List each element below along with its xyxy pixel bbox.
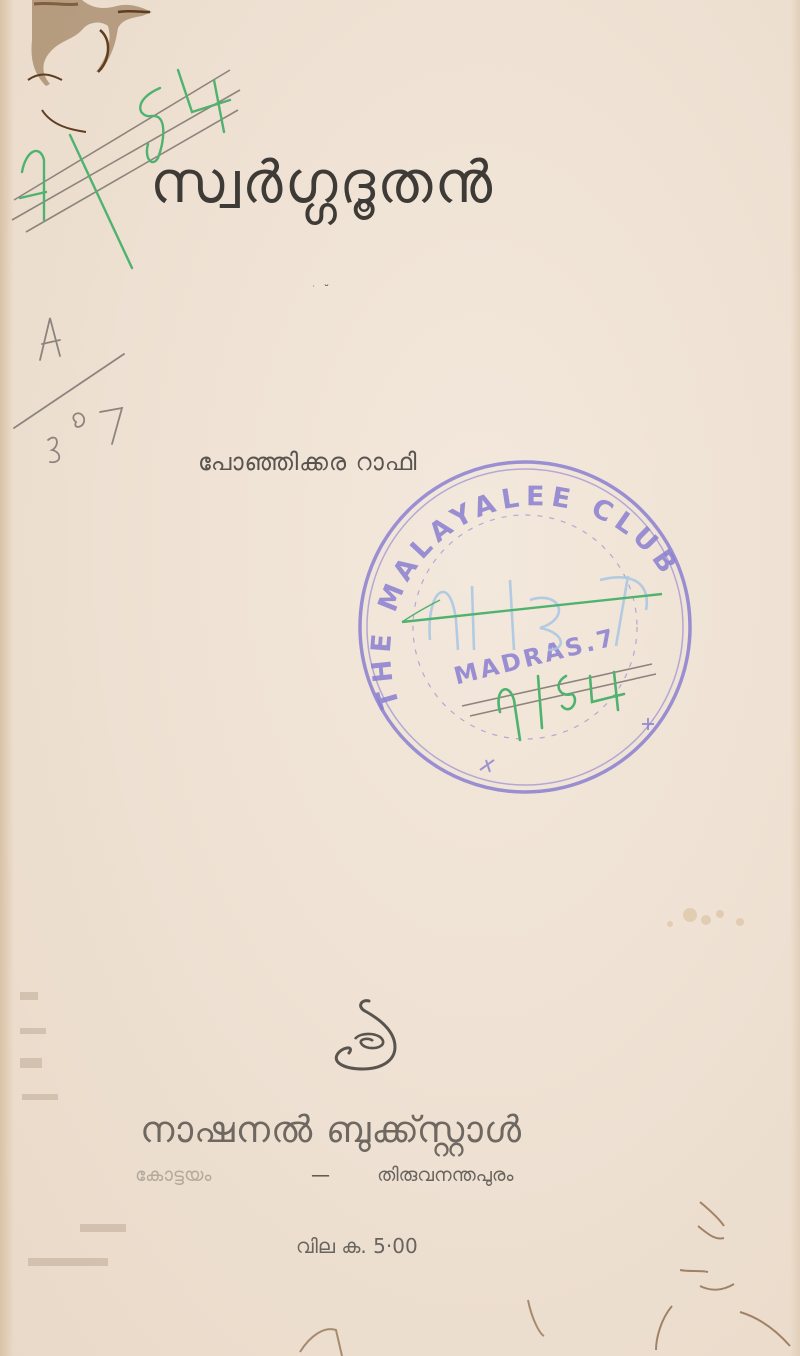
stamp-center-text: MADRAS.7 — [451, 623, 619, 690]
print-specks: ׂ ˘ — [312, 283, 329, 297]
book-title: സ്വർഗ്ഗദൂതൻ — [150, 148, 550, 217]
city-kottayam: കോട്ടയം — [135, 1164, 305, 1186]
paper-damage-bottom — [300, 1300, 544, 1356]
svg-text:THE MALAYALEE CLUB: THE MALAYALEE CLUB — [366, 481, 686, 712]
book-title-page: സ്വർഗ്ഗദൂതൻ ׂ ˘ പോഞ്ഞിക്കര റാഫി — [0, 0, 800, 1356]
page-edge-shadow-left — [0, 0, 14, 1356]
pencil-accession-mark — [14, 318, 124, 462]
city-separator: — — [311, 1164, 371, 1186]
publisher-name: നാഷനൽ ബുക്ക്സ്റ്റാൾ — [140, 1108, 522, 1152]
publisher-cities: കോട്ടയം — തിരുവനന്തപുരം — [135, 1164, 635, 1186]
paper-damage-bottom-right — [656, 1202, 790, 1350]
page-edge-shadow-right — [790, 0, 800, 1356]
sri-emblem-icon — [325, 995, 415, 1075]
book-author: പോഞ്ഞിക്കര റാഫി — [198, 448, 417, 476]
library-stamp: THE MALAYALEE CLUB MADRAS.7 — [360, 462, 690, 792]
city-thiruvananthapuram: തിരുവനന്തപുരം — [377, 1164, 513, 1186]
paper-stain-top-left — [22, 0, 172, 150]
bleed-through-marks — [20, 992, 126, 1266]
foxing-spots — [667, 908, 744, 927]
book-price: വില ക. 5·00 — [296, 1234, 418, 1258]
stamp-ring-text: THE MALAYALEE CLUB — [366, 481, 686, 712]
